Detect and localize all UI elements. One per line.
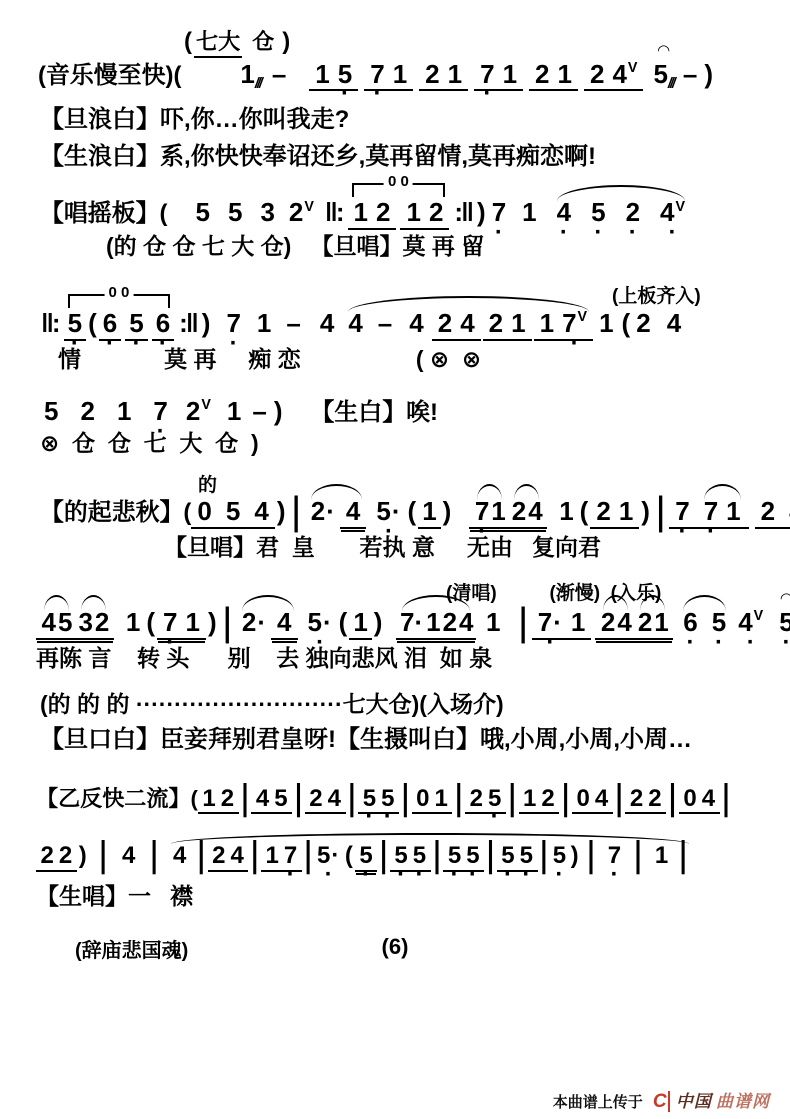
note: 2 [646,785,664,813]
beam-group: 24 [208,842,249,872]
note: 4 [458,608,474,638]
beam-group: 24V [584,60,643,92]
beam-group: 771 [669,497,748,529]
barline: | [506,778,519,819]
note: 7 [488,198,510,228]
barline: | [148,835,161,876]
note: 5 [357,842,375,870]
note: 4V [656,198,689,228]
note: 5 [775,608,790,638]
note: 2 [425,198,447,228]
note: 1 [311,60,333,90]
bracket-group: 0 05(656 [62,309,177,341]
beam-group: 4532 [36,608,114,640]
parenthesis: ) [275,497,288,527]
note: 2 [586,60,608,90]
note: 5 [550,842,568,870]
beam-group: 71 [364,60,413,92]
note: 2 [599,608,615,638]
note: 1 [402,198,424,228]
note: 2 [434,309,456,339]
beam-group: 245 [755,497,790,529]
slur-group: 71 [471,497,508,527]
parenthesis: ( [406,497,419,527]
note: 5 [708,608,730,638]
note: 1 [490,497,506,527]
parenthesis: ) [441,497,454,527]
note: 1 [444,60,466,90]
beam-group: 12 [348,198,397,230]
cjk-label: 【乙反快二流】( [36,786,198,811]
note: 4V [608,60,641,90]
note: 1 [263,842,281,870]
parenthesis: ( [620,309,633,339]
note: 1 [615,497,637,527]
slur-group: 4524V [551,198,691,228]
footer-scene-title: (辞庙悲国魂) [75,934,188,963]
note: 2 [218,785,236,813]
barline: | [377,835,390,876]
breath-mark: V [201,397,211,413]
dot-after: · [414,607,422,637]
breath-mark: V [304,199,314,215]
dialogue-dan-langbai: 【旦浪白】吓,你…你叫我走? [40,104,790,135]
dot-after: · [553,607,562,637]
barline: | [239,778,252,819]
dialogue-sheng-langbai: 【生浪白】系,你快快奉诏还乡,莫再留情,莫再痴恋啊! [40,141,790,172]
note: 4 [325,785,343,813]
note: 4 [663,309,685,339]
beam-group: 45 [251,785,292,815]
beam-group: 7124 [469,497,547,529]
note: 7 [605,842,623,870]
note: 4 [273,608,295,638]
note: 2 [531,60,553,90]
note: 2 [93,608,109,638]
parenthesis: ( [182,28,194,56]
note: 5 [64,309,86,341]
score-page: (七大仓)(音乐慢至快)(1///–157121712124V5///–)【旦浪… [0,0,790,1119]
note: 4 [527,497,543,527]
barline: | [452,778,465,819]
parenthesis: ) [569,842,581,870]
note: 7 [222,309,244,339]
barline: | [195,835,208,876]
barline: | [302,835,315,876]
note: 6 [679,608,701,638]
note: 2 [757,497,779,527]
note: 1 [653,608,669,638]
annotation-shangban: (上板齐入) [612,286,790,309]
beam-group: 24 [305,785,346,815]
note: 4 [250,497,272,527]
tremolo-mark: /// [255,76,261,92]
note: 4 [119,842,137,870]
note: 7V [558,309,591,339]
beam-group: 22 [36,842,77,872]
note: 1 [253,309,275,339]
note: 7 [149,397,171,427]
note: 5· [314,842,342,870]
note: 4V [734,608,767,638]
note: 1 [181,608,203,638]
beam-group: 71 [157,608,206,640]
shengbai-music-line: 52172V1–)【生白】唉! [40,397,790,427]
note: 2 [307,785,325,813]
repeat-sign: ‖: [38,309,62,339]
note: 2 [510,497,526,527]
beam-group: 21 [590,497,639,529]
watermark-text: 本曲谱上传于 [553,1094,643,1111]
beam-group: 55 [497,842,538,872]
note: 3 [77,608,93,638]
note: 1 [554,60,576,90]
note: 2 [627,785,645,813]
beiqiu-lyrics-2: 再陈 言 转 头 别 去 独向悲风 泪 如 泉 [36,644,790,674]
beam-group: 2421 [595,608,673,640]
note: 5· [372,497,405,527]
note: 4 [40,608,56,638]
beiqiu-lyrics: 【旦唱】君 皇 若执 意 无由 复向君 [164,533,790,563]
note: 2 [372,198,394,228]
cjk-label: 【的起悲秋】( [40,499,191,527]
note: 1 [567,608,589,638]
note: 2 [210,842,228,870]
note: 4 [316,309,338,339]
note: 5 [392,842,410,870]
note: 1 [536,309,558,339]
cjk-label: 【生白】唉! [311,399,439,427]
beam-group: 25 [465,785,506,815]
note: 2 [636,608,652,638]
cjk-label: 仓 [252,29,274,54]
note: 7 [671,497,693,527]
note: 7· [534,608,567,638]
note: 5 [222,497,244,527]
cjk-label: 七大 [196,29,240,54]
parenthesis: – [281,309,305,339]
note: 4 [785,497,790,527]
parenthesis: ( [337,608,350,638]
parenthesis: ( [86,309,99,339]
note: 1 [499,60,521,90]
note: 2· [238,608,271,638]
note: 6 [99,309,121,341]
beiqiu-music-line: 【的起悲秋】(054)|2·45·(1)71241(21)|771245 [40,497,790,529]
note: 7 [281,842,299,870]
note: 5 [587,198,609,228]
note: 2V [182,397,215,427]
erliu-lyrics: 【生唱】一 襟 [36,882,790,912]
beam-group: 71 [474,60,523,92]
watermark: 本曲谱上传于 C 中国 曲谱网 [553,1087,770,1113]
repeat-sign: ‖: [322,198,346,228]
barline: | [248,835,261,876]
bracket-label: 0 0 [384,174,413,189]
note: 0 [574,785,592,813]
beam-group: 15 [309,60,358,92]
note: 5 [464,842,482,870]
parenthesis: ( [343,842,355,870]
note: 7· [398,608,424,638]
barline: | [514,600,531,645]
note: 1 [113,397,135,427]
note: 5 [379,785,397,813]
percussion-dots-line: (的 的 的 ···························七大仓)(入… [40,690,790,720]
note: 5 [499,842,517,870]
note: 1 [722,497,744,527]
note: 4 [553,198,575,228]
slur-group: 4|24|17|5·(5|55|55|55|5)|7|1| [169,842,692,872]
beam-group: 12 [198,785,239,815]
note: 7 [473,497,489,527]
parenthesis: – [247,397,271,427]
parenthesis: ) [77,842,89,870]
note: 1 [521,785,539,813]
cjk-label: 【唱摇板】( [40,200,168,228]
parenthesis: – [678,60,702,90]
slur-group: 45 [38,608,75,638]
note: 1 [223,397,245,427]
note: 1 [122,608,144,638]
note: 1 [482,608,504,638]
barline: | [613,778,626,819]
note: 5 [485,785,503,813]
site-name-light: 曲谱网 [716,1092,770,1111]
tremolo-mark: /// [668,76,674,92]
note: 1 [349,608,371,640]
note: 1 [389,60,411,90]
note: 0 [414,785,432,813]
beam-group: 4 [340,497,366,529]
note: 2V [285,198,318,228]
barline: | [559,778,572,819]
bracket-label: 0 0 [104,285,133,300]
parenthesis: ) [702,60,715,90]
slur-group: 21 [634,608,671,638]
note: 2 [56,842,74,870]
barline: | [585,835,598,876]
note: 1 [425,608,441,638]
note: 4 [253,785,271,813]
barline: | [538,835,551,876]
beam-group: 21 [529,60,578,92]
note: 7 [700,497,722,527]
yaoban-music-line: 【唱摇板】(5532V‖:0 01212:‖)714524V [40,198,790,230]
slur-group: 2·4 [305,497,369,529]
parenthesis: ( [144,608,157,638]
note: 2 [421,60,443,90]
note: 4 [344,309,366,339]
note: 6 [152,309,174,341]
note: 1 [518,198,540,228]
beam-group: 55 [390,842,431,872]
note: 0 [681,785,699,813]
intro-music-line: (音乐慢至快)(1///–157121712124V5///–) [38,60,790,92]
dot-after: · [323,607,332,637]
note: 2 [622,198,644,228]
slur-group: 4–4242117V [342,309,595,341]
note: 4 [405,309,427,339]
note: 5/// [649,60,677,92]
note: 1 [200,785,218,813]
beam-group: 55 [358,785,399,815]
slur-group: 24 [597,608,634,638]
breath-mark: V [578,309,588,325]
slur-group: 65 [677,608,732,638]
note: 4 [342,497,364,527]
parenthesis: – [267,60,291,90]
note: 2 [485,309,507,339]
note: 0 [193,497,215,527]
note: 5 [334,60,356,90]
barline: | [219,600,236,645]
percussion-cang-line: ⊗ 仓 仓 七 大 仓 ) [40,429,790,459]
beam-group: 21 [419,60,468,92]
page-footer: (辞庙悲国魂) (6) [0,934,790,966]
beam-group: 04 [572,785,613,815]
beam-group: 7·1 [532,608,592,640]
erliu-music-line-2: 22)|4|4|24|17|5·(5|55|55|55|5)|7|1| [36,842,790,872]
note: 4 [171,842,189,870]
barline: | [720,778,733,819]
beam-group: 24 [432,309,481,341]
beam-group: 5 [355,842,377,872]
liuqing-lyrics: 情 莫 再 痴 恋 ( ⊗ ⊗ [58,345,790,375]
note: 2 [592,497,614,527]
breath-mark: V [754,608,764,624]
barline: | [292,778,305,819]
note: 1 [350,198,372,228]
note: 5 [56,608,72,638]
note: 5 [40,397,62,427]
note: 4 [616,608,632,638]
parenthesis: – [373,309,397,339]
breath-mark: V [676,199,686,215]
beam-group: 七大 [194,28,242,58]
note: 1 [595,309,617,339]
erliu-music-line: 【乙反快二流】(12|45|24|55|01|25|12|04|22|04| [36,785,790,815]
barline: | [677,835,690,876]
note: 7 [159,608,181,638]
barline: | [632,835,645,876]
note: 2· [307,497,340,527]
dot-after: · [257,607,266,637]
dot-after: · [392,496,401,526]
yaoban-lyrics: (的 仓 仓 七 大 仓) 【旦唱】莫 再 留 [106,232,790,262]
parenthesis: ) [272,397,285,427]
page-number: (6) [382,934,409,960]
repeat-sign: :‖ [451,198,475,228]
parenthesis: ) [372,608,385,638]
barline: | [652,490,669,535]
note: 4 [456,309,478,339]
beam-group: 22 [625,785,666,815]
note: 1 [652,842,670,870]
note: 2 [38,842,56,870]
parenthesis: ) [280,28,292,56]
barline: | [346,778,359,819]
percussion-header: (七大仓) [182,28,790,58]
note: 1 [555,497,577,527]
dot-after: · [326,496,335,526]
beam-group: 054 [191,497,274,529]
note: 2 [539,785,557,813]
beiqiu-music-line-2: 45321(71)|2·45·(1)7·1241|7·12421654V5| [36,608,790,640]
note: 5 [445,842,463,870]
note: 5· [304,608,337,638]
cjk-label: (音乐慢至快)( [38,62,181,90]
slur-group: 24 [508,497,545,527]
beam-group: 55 [443,842,484,872]
parenthesis: ) [475,198,488,228]
beam-group: 17V [534,309,593,341]
note: 2 [76,397,98,427]
barline: | [287,490,304,535]
bracket-group: 0 01212 [346,198,452,230]
note: 7 [476,60,498,90]
note: 2 [441,608,457,638]
beam-group: 12 [400,198,449,230]
note: 1/// [236,60,264,92]
slur-group: 71 [698,497,747,527]
note: 1 [418,497,440,529]
note: 5 [517,842,535,870]
note: 3 [256,198,278,228]
beam-group: 21 [483,309,532,341]
note: 5 [272,785,290,813]
beam-group: 01 [412,785,453,815]
parenthesis: ) [639,497,652,527]
note: 2 [467,785,485,813]
parenthesis: ) [200,309,213,339]
note: 4 [592,785,610,813]
beam-group: 17 [261,842,302,872]
repeat-sign: :‖ [176,309,200,339]
site-name-bold: 中国 [676,1092,712,1111]
note: 4 [228,842,246,870]
note: 1 [507,309,529,339]
note: 5 [224,198,246,228]
note: 5 [192,198,214,228]
barline: | [666,778,679,819]
dot-after: · [331,842,339,869]
note: 5 [125,309,147,341]
barline: | [97,835,110,876]
note: 2 [632,309,654,339]
slur-group: 32 [75,608,112,638]
slur-group: 2·4 [236,608,300,640]
score-body: (七大仓)(音乐慢至快)(1///–157121712124V5///–)【旦浪… [0,28,790,912]
parenthesis: ) [206,608,219,638]
slur-group: 7·124 [396,608,476,640]
barline: | [399,778,412,819]
breath-mark: V [628,60,638,76]
barline: | [431,835,444,876]
beam-group: 4 [271,608,297,640]
liuqing-music-line: ‖:0 05(656:‖)71–44–4242117V1(24 [38,309,790,341]
dialogue-koubai: 【旦口白】臣妾拜别君皇呀!【生摄叫白】哦,小周,小周,小周… [40,724,790,755]
beam-group: 12 [519,785,560,815]
parenthesis: ( [578,497,591,527]
beam-group: 04 [679,785,720,815]
note: 1 [432,785,450,813]
note: 4 [699,785,717,813]
note: 5 [410,842,428,870]
barline: | [484,835,497,876]
note: 5 [360,785,378,813]
site-logo-icon: C [653,1091,670,1112]
